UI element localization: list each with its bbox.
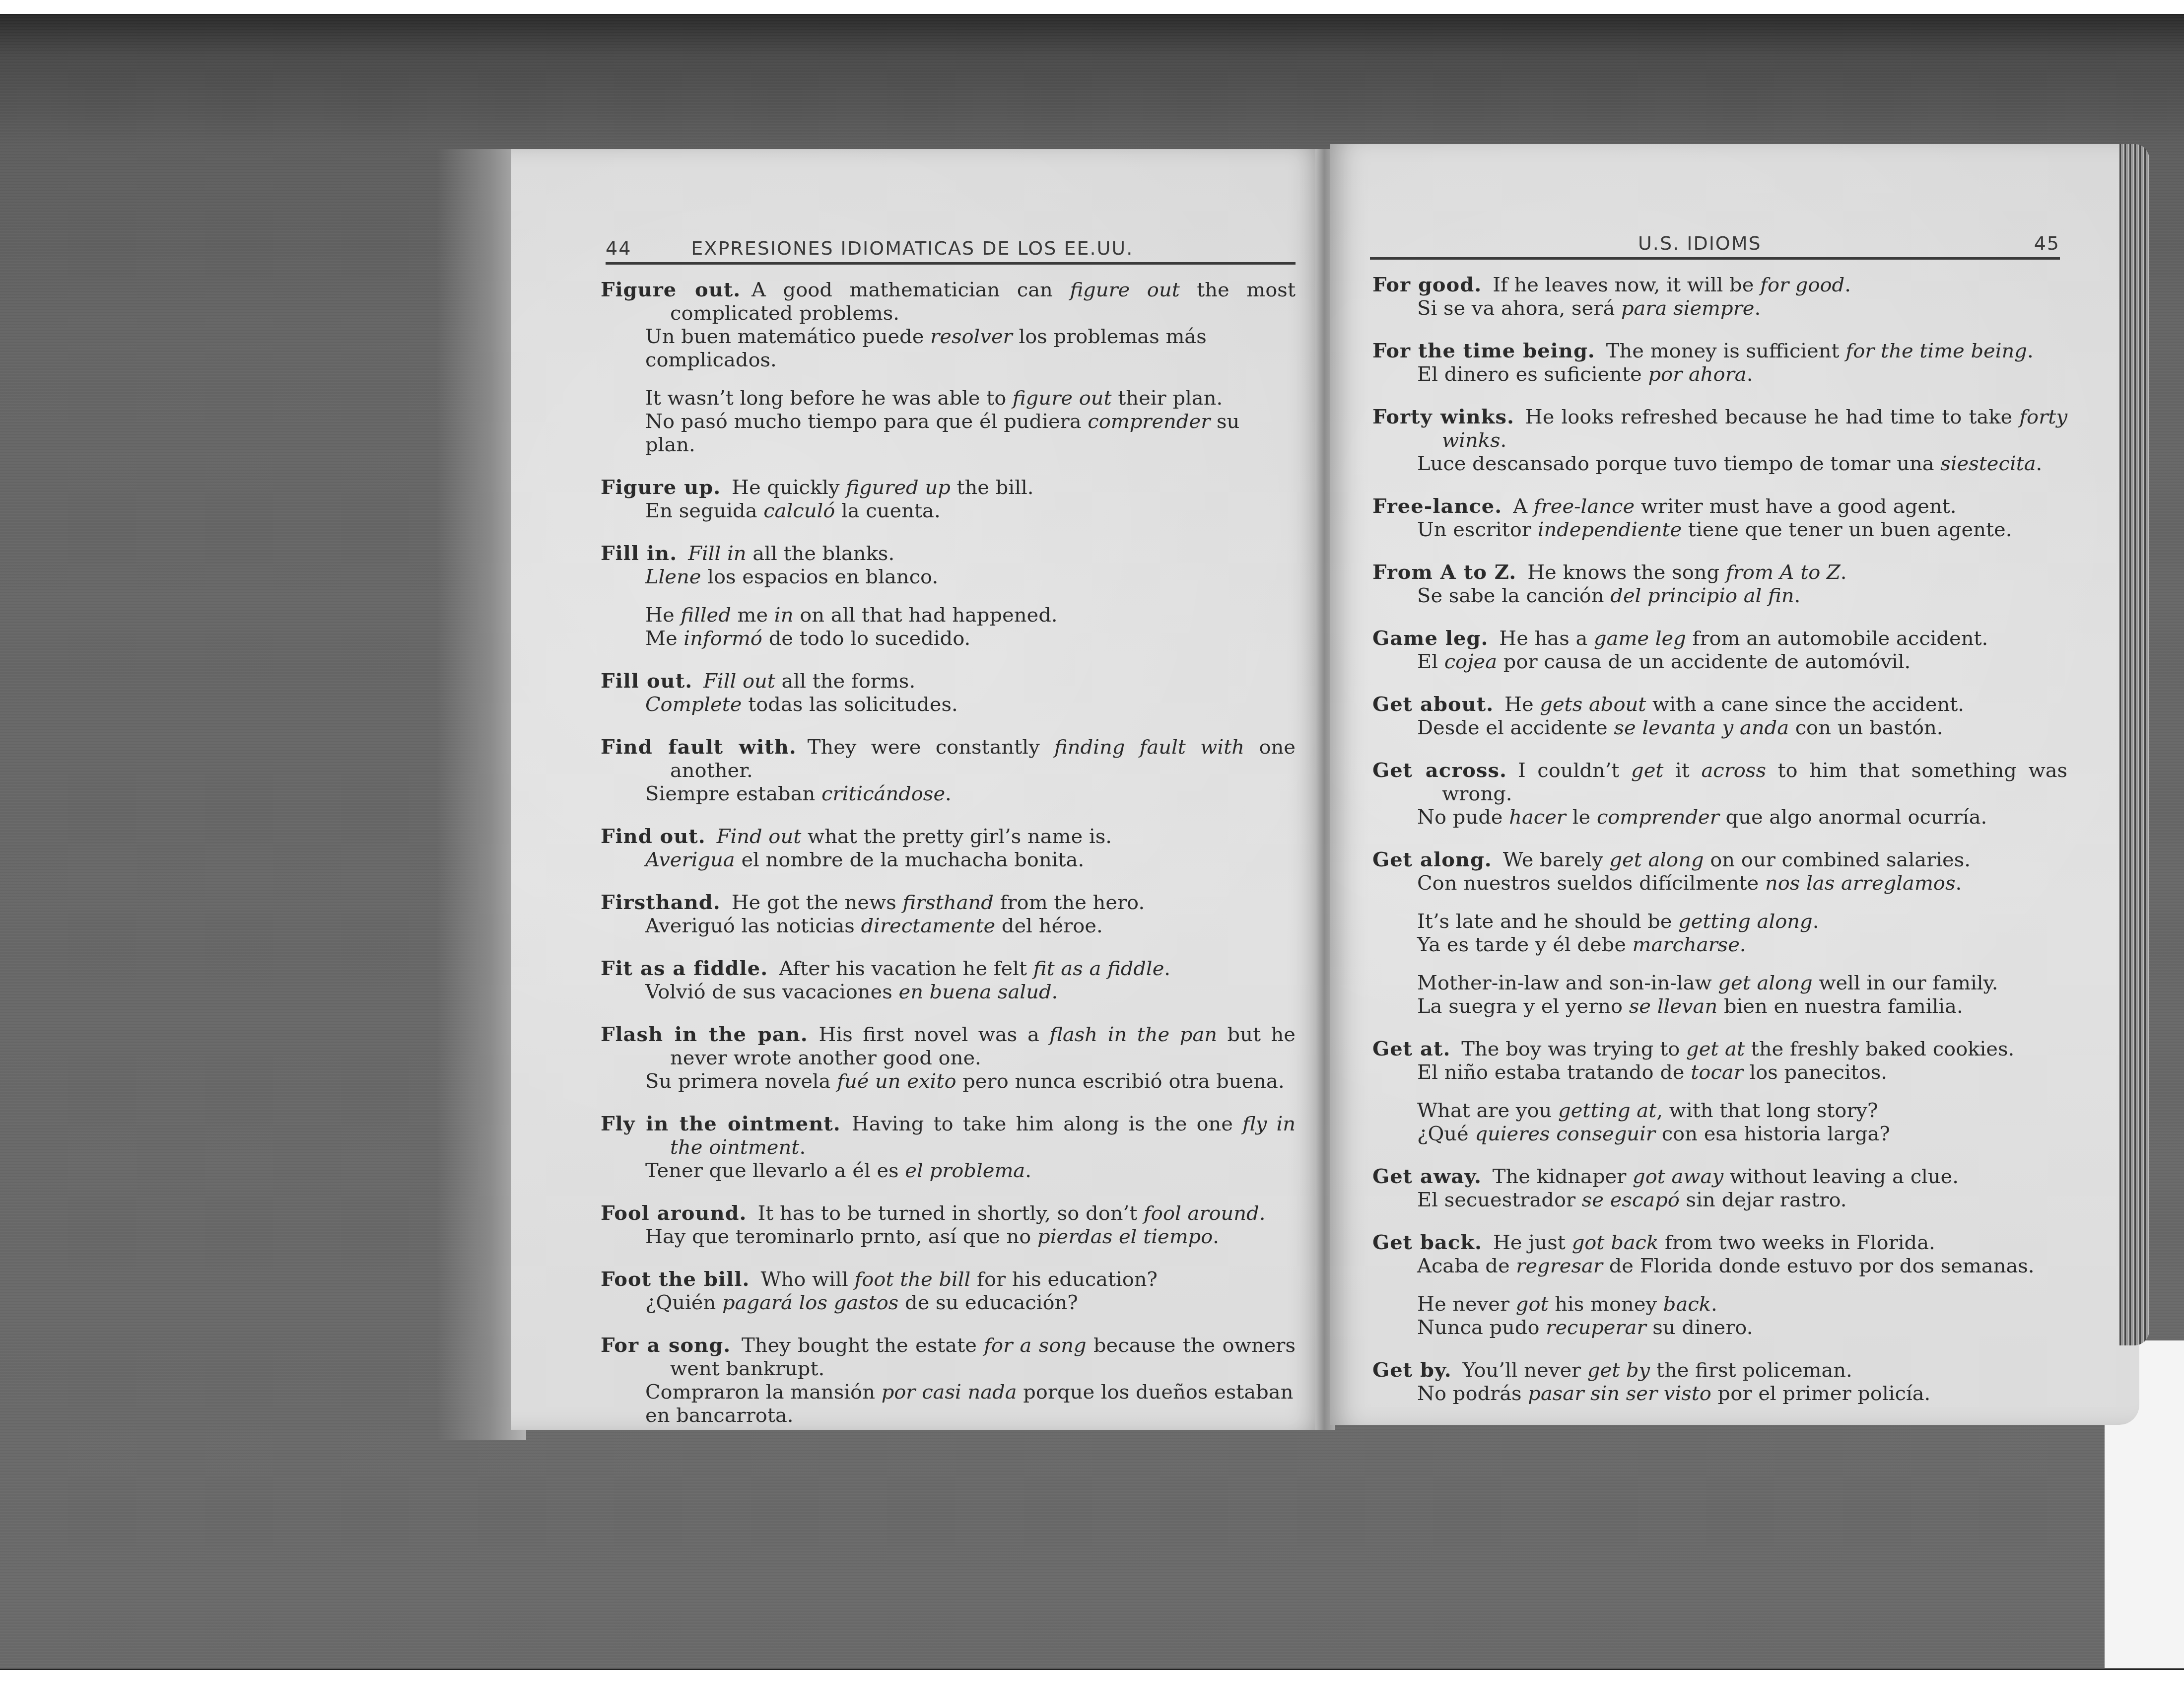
english-example: Mother-in-law and son-in-law get along w…	[1372, 972, 2067, 995]
text-segment: bien en nuestra familia.	[1717, 995, 1963, 1018]
spanish-translation: Un buen matemático puede resolver los pr…	[601, 325, 1296, 372]
text-segment: Volvió de sus vacaciones	[645, 981, 898, 1003]
idiom-emphasis: filled	[681, 604, 731, 627]
text-segment: They were constantly	[808, 736, 1054, 759]
text-segment: the first policeman.	[1650, 1359, 1852, 1382]
idiom-headword: Forty winks.	[1372, 405, 1514, 428]
idiom-emphasis: Complete	[645, 693, 742, 716]
english-example: Get by.You’ll never get by the first pol…	[1372, 1358, 2067, 1382]
idiom-entry: Find out.Find out what the pretty girl’s…	[601, 825, 1296, 872]
idiom-emphasis: firsthand	[903, 891, 994, 914]
text-segment: A good mathematician can	[751, 279, 1070, 301]
text-segment: En seguida	[645, 499, 763, 522]
text-segment: He just	[1493, 1231, 1572, 1254]
idiom-list: Figure out.A good mathematician can figu…	[601, 278, 1296, 1446]
spanish-translation: No pasó mucho tiempo para que él pudiera…	[601, 410, 1296, 457]
text-segment: La suegra y el yerno	[1417, 995, 1629, 1018]
text-segment: ¿Quién	[645, 1291, 722, 1314]
text-segment: por causa de un accidente de automóvil.	[1497, 650, 1911, 673]
idiom-emphasis: across	[1701, 759, 1766, 782]
idiom-entry: Get by.You’ll never get by the first pol…	[1372, 1358, 2067, 1406]
text-segment: What are you	[1417, 1099, 1558, 1122]
idiom-headword: For good.	[1372, 273, 1482, 296]
spanish-translation: Desde el accidente se levanta y anda con…	[1372, 716, 2067, 740]
idiom-emphasis: se llevan	[1629, 995, 1717, 1018]
text-segment: los panecitos.	[1743, 1061, 1887, 1084]
text-segment: Nunca pudo	[1417, 1316, 1546, 1339]
idiom-emphasis: get along	[1718, 972, 1812, 994]
idiom-emphasis: se levanta y anda	[1614, 716, 1789, 739]
text-segment: They bought the estate	[742, 1334, 984, 1357]
text-segment: it	[1663, 759, 1701, 782]
text-segment: , with that long story?	[1656, 1099, 1878, 1122]
text-segment: the bill.	[951, 476, 1034, 499]
english-example: Figure out.A good mathematician can figu…	[601, 278, 1296, 325]
text-segment: .	[945, 782, 952, 805]
idiom-emphasis: figure out	[1013, 387, 1111, 410]
text-segment: .	[1841, 561, 1847, 584]
text-segment: Siempre estaban	[645, 782, 821, 805]
idiom-entry: Firsthand.He got the news firsthand from…	[601, 891, 1296, 938]
idiom-headword: Figure up.	[601, 476, 721, 499]
idiom-emphasis: calculó	[763, 499, 835, 522]
english-example: For a song.They bought the estate for a …	[601, 1334, 1296, 1381]
text-segment: .	[1025, 1159, 1031, 1182]
idiom-headword: Free-lance.	[1372, 494, 1502, 518]
text-segment: pero nunca escribió otra buena.	[956, 1070, 1285, 1093]
text-segment: After his vacation he felt	[779, 957, 1033, 980]
idiom-headword: Fly in the ointment.	[601, 1112, 841, 1135]
idiom-emphasis: quieres conseguir	[1475, 1123, 1655, 1145]
text-segment: his money	[1549, 1293, 1663, 1316]
english-example: Get away.The kidnaper got away without l…	[1372, 1165, 2067, 1189]
idiom-headword: Find out.	[601, 825, 706, 848]
text-segment: .	[1747, 363, 1753, 386]
idiom-emphasis: hacer	[1509, 806, 1566, 829]
idiom-headword: Figure out.	[601, 278, 741, 301]
text-segment: .	[799, 1136, 806, 1159]
spanish-translation: ¿Quién pagará los gastos de su educación…	[601, 1291, 1296, 1315]
text-segment: Mother-in-law and son-in-law	[1417, 972, 1718, 994]
text-segment: el nombre de la muchacha bonita.	[735, 848, 1084, 871]
text-segment: de su educación?	[898, 1291, 1078, 1314]
text-segment: No pasó mucho tiempo para que él pudiera	[645, 410, 1088, 433]
spanish-translation: Acaba de regresar de Florida donde estuv…	[1372, 1255, 2067, 1278]
spanish-translation: En seguida calculó la cuenta.	[601, 499, 1296, 523]
spanish-translation: Volvió de sus vacaciones en buena salud.	[601, 981, 1296, 1004]
idiom-emphasis: recuperar	[1546, 1316, 1646, 1339]
english-example: Firsthand.He got the news firsthand from…	[601, 891, 1296, 914]
english-example: He never got his money back.	[1372, 1293, 2067, 1316]
idiom-entry: Get about.He gets about with a cane sinc…	[1372, 693, 2067, 740]
text-segment: El secuestrador	[1417, 1189, 1582, 1211]
idiom-emphasis: informó	[683, 627, 762, 650]
idiom-emphasis: independiente	[1538, 518, 1682, 541]
text-segment: The money is sufficient	[1606, 340, 1846, 362]
text-segment: .	[1501, 429, 1507, 452]
idiom-headword: Firsthand.	[601, 891, 721, 914]
idiom-entry: Forty winks.He looks refreshed because h…	[1372, 405, 2067, 476]
text-segment: Hay que terominarlo prnto, así que no	[645, 1225, 1037, 1248]
text-segment: writer must have a good agent.	[1635, 495, 1956, 518]
text-segment: from an automobile accident.	[1686, 627, 1988, 650]
text-segment: Tener que llevarlo a él es	[645, 1159, 905, 1182]
spanish-translation: La suegra y el yerno se llevan bien en n…	[1372, 995, 2067, 1018]
text-segment: Compraron la mansión	[645, 1381, 882, 1404]
text-segment: todas las solicitudes.	[742, 693, 957, 716]
idiom-entry: Figure up.He quickly figured up the bill…	[601, 476, 1296, 523]
english-example: Find fault with.They were constantly fin…	[601, 735, 1296, 782]
text-segment: We barely	[1503, 848, 1610, 871]
spanish-translation: ¿Qué quieres conseguir con esa historia …	[1372, 1123, 2067, 1146]
page-number: 45	[2034, 232, 2060, 254]
idiom-emphasis: for good	[1760, 274, 1844, 296]
idiom-headword: Fill out.	[601, 669, 692, 693]
idiom-headword: Get about.	[1372, 693, 1494, 716]
spanish-translation: Un escritor independiente tiene que tene…	[1372, 518, 2067, 542]
spanish-translation: Complete todas las solicitudes.	[601, 693, 1296, 716]
english-example: He filled me in on all that had happened…	[601, 604, 1296, 627]
english-example: Figure up.He quickly figured up the bill…	[601, 476, 1296, 499]
text-segment: sin dejar rastro.	[1680, 1189, 1847, 1211]
text-segment: los espacios en blanco.	[701, 565, 938, 588]
idiom-entry: Fill out.Fill out all the forms.Complete…	[601, 669, 1296, 716]
spanish-translation: Nunca pudo recuperar su dinero.	[1372, 1316, 2067, 1339]
idiom-headword: Game leg.	[1372, 627, 1488, 650]
idiom-emphasis: del principio al fin	[1610, 584, 1794, 607]
text-segment: Un buen matemático puede	[645, 325, 930, 348]
text-segment: de Florida donde estuvo por dos semanas.	[1603, 1255, 2035, 1277]
text-segment: .	[2027, 340, 2034, 362]
idiom-emphasis: Llene	[645, 565, 701, 588]
english-example: Flash in the pan.His first novel was a f…	[601, 1023, 1296, 1070]
english-example: It’s late and he should be getting along…	[1372, 910, 2067, 933]
idiom-emphasis: in	[774, 604, 794, 627]
spanish-translation: El niño estaba tratando de tocar los pan…	[1372, 1061, 2067, 1084]
idiom-emphasis: por ahora	[1648, 363, 1746, 386]
idiom-emphasis: siestecita	[1940, 452, 2036, 475]
idiom-headword: Foot the bill.	[601, 1267, 750, 1291]
idiom-emphasis: en buena salud	[898, 981, 1051, 1003]
idiom-emphasis: for the time being	[1845, 340, 2027, 362]
idiom-emphasis: comprender	[1088, 410, 1210, 433]
idiom-emphasis: fué un exito	[837, 1070, 956, 1093]
idiom-emphasis: foot the bill	[854, 1268, 970, 1291]
idiom-entry: Free-lance.A free-lance writer must have…	[1372, 494, 2067, 542]
idiom-emphasis: gets about	[1540, 693, 1646, 716]
english-example: Fool around.It has to be turned in short…	[601, 1201, 1296, 1225]
idiom-emphasis: fool around	[1144, 1202, 1259, 1225]
english-example: Foot the bill.Who will foot the bill for…	[601, 1267, 1296, 1291]
spanish-translation: Me informó de todo lo sucedido.	[601, 627, 1296, 650]
spanish-translation: El secuestrador se escapó sin dejar rast…	[1372, 1189, 2067, 1212]
text-segment: El dinero es suficiente	[1417, 363, 1648, 386]
idiom-emphasis: tocar	[1691, 1061, 1743, 1084]
text-segment: .	[1813, 910, 1819, 933]
spanish-translation: Su primera novela fué un exito pero nunc…	[601, 1070, 1296, 1093]
running-head-title: EXPRESIONES IDIOMATICAS DE LOS EE.UU.	[691, 237, 1133, 259]
text-segment: with a cane since the accident.	[1646, 693, 1964, 716]
idiom-entry: Fill in.Fill in all the blanks.Llene los…	[601, 542, 1296, 650]
idiom-headword: From A to Z.	[1372, 561, 1516, 584]
english-example: What are you getting at, with that long …	[1372, 1099, 2067, 1123]
text-segment: Luce descansado porque tuvo tiempo de to…	[1417, 452, 1940, 475]
text-segment: Su primera novela	[645, 1070, 837, 1093]
idiom-emphasis: cojea	[1444, 650, 1497, 673]
text-segment: You’ll never	[1463, 1359, 1587, 1382]
english-example: Get back.He just got back from two weeks…	[1372, 1231, 2067, 1255]
text-segment: con esa historia larga?	[1655, 1123, 1890, 1145]
idiom-entry: Fly in the ointment.Having to take him a…	[601, 1112, 1296, 1183]
idiom-entry: Get at.The boy was trying to get at the …	[1372, 1037, 2067, 1146]
spanish-translation: Con nuestros sueldos difícilmente nos la…	[1372, 872, 2067, 895]
english-example: Get across.I couldn’t get it across to h…	[1372, 759, 2067, 806]
spanish-translation: El cojea por causa de un accidente de au…	[1372, 650, 2067, 674]
english-example: It wasn’t long before he was able to fig…	[601, 387, 1296, 410]
english-example: Get along.We barely get along on our com…	[1372, 848, 2067, 872]
text-segment: on all that had happened.	[793, 604, 1057, 627]
text-segment: .	[1259, 1202, 1266, 1225]
text-segment: ¿Qué	[1417, 1123, 1475, 1145]
idiom-entry: Find fault with.They were constantly fin…	[601, 735, 1296, 806]
idiom-emphasis: nos las arreglamos	[1765, 872, 1956, 895]
running-head-title: U.S. IDIOMS	[1638, 232, 1762, 254]
spanish-translation: No pude hacer le comprender que algo ano…	[1372, 806, 2067, 829]
text-segment: He has a	[1499, 627, 1594, 650]
idiom-emphasis: pasar sin ser visto	[1528, 1382, 1711, 1405]
page-number: 44	[606, 237, 631, 259]
idiom-entry: For good.If he leaves now, it will be fo…	[1372, 273, 2067, 320]
idiom-emphasis: get	[1631, 759, 1663, 782]
idiom-emphasis: marcharse	[1633, 933, 1740, 956]
english-example: Get at.The boy was trying to get at the …	[1372, 1037, 2067, 1061]
idiom-emphasis: figured up	[846, 476, 951, 499]
idiom-entry: Figure out.A good mathematician can figu…	[601, 278, 1296, 457]
text-segment: all the forms.	[775, 670, 915, 693]
idiom-headword: Flash in the pan.	[601, 1023, 808, 1046]
text-segment: The kidnaper	[1493, 1165, 1633, 1188]
idiom-emphasis: comprender	[1597, 806, 1719, 829]
spanish-translation: Luce descansado porque tuvo tiempo de to…	[1372, 452, 2067, 476]
spanish-translation: El dinero es suficiente por ahora.	[1372, 363, 2067, 386]
text-segment: It wasn’t long before he was able to	[645, 387, 1013, 410]
text-segment: their plan.	[1112, 387, 1223, 410]
idiom-entry: Get across.I couldn’t get it across to h…	[1372, 759, 2067, 829]
idiom-emphasis: got	[1516, 1293, 1549, 1316]
text-segment: well in our family.	[1812, 972, 1998, 994]
idiom-emphasis: got back	[1572, 1231, 1659, 1254]
idiom-emphasis: fit as a fiddle	[1033, 957, 1164, 980]
text-segment: El	[1417, 650, 1444, 673]
idiom-entry: Get along.We barely get along on our com…	[1372, 848, 2067, 1018]
text-segment: Ya es tarde y él debe	[1417, 933, 1633, 956]
text-segment: Un escritor	[1417, 518, 1538, 541]
idiom-headword: Get away.	[1372, 1165, 1482, 1188]
english-example: Fill in.Fill in all the blanks.	[601, 542, 1296, 565]
text-segment: .	[1052, 981, 1058, 1003]
text-segment: from the hero.	[994, 891, 1145, 914]
idiom-headword: Get across.	[1372, 759, 1507, 782]
spanish-translation: Averigua el nombre de la muchacha bonita…	[601, 848, 1296, 872]
text-segment: Desde el accidente	[1417, 716, 1614, 739]
idiom-entry: Get away.The kidnaper got away without l…	[1372, 1165, 2067, 1212]
english-example: Fly in the ointment.Having to take him a…	[601, 1112, 1296, 1159]
text-segment: Acaba de	[1417, 1255, 1516, 1277]
text-segment: Who will	[760, 1268, 854, 1291]
text-segment: without leaving a clue.	[1723, 1165, 1959, 1188]
text-segment: Having to take him along is the one	[852, 1113, 1242, 1135]
idiom-headword: For a song.	[601, 1334, 731, 1357]
text-segment: No podrás	[1417, 1382, 1528, 1405]
idiom-emphasis: got away	[1633, 1165, 1723, 1188]
text-segment: .	[1794, 584, 1801, 607]
english-example: Fit as a fiddle.After his vacation he fe…	[601, 957, 1296, 981]
english-example: Game leg.He has a game leg from an autom…	[1372, 627, 2067, 650]
idiom-emphasis: get along	[1609, 848, 1704, 871]
text-segment: .	[1740, 933, 1746, 956]
text-segment: It has to be turned in shortly, so don’t	[757, 1202, 1144, 1225]
english-example: Free-lance.A free-lance writer must have…	[1372, 494, 2067, 518]
text-segment: su dinero.	[1646, 1316, 1753, 1339]
text-segment: El niño estaba tratando de	[1417, 1061, 1691, 1084]
english-example: For the time being.The money is sufficie…	[1372, 339, 2067, 363]
text-segment: .	[1213, 1225, 1219, 1248]
text-segment: la cuenta.	[835, 499, 940, 522]
idiom-emphasis: finding fault with	[1054, 736, 1244, 759]
spanish-translation: Llene los espacios en blanco.	[601, 565, 1296, 589]
page-edges	[2119, 144, 2149, 1345]
idiom-emphasis: pagará los gastos	[722, 1291, 898, 1314]
text-segment: The boy was trying to	[1461, 1038, 1686, 1060]
idiom-emphasis: game leg	[1594, 627, 1686, 650]
text-segment: .	[1844, 274, 1851, 296]
text-segment: del héroe.	[995, 914, 1103, 937]
idiom-emphasis: pierdas el tiempo	[1037, 1225, 1213, 1248]
text-segment: A	[1513, 495, 1534, 518]
idiom-headword: Get back.	[1372, 1231, 1482, 1254]
idiom-emphasis: resolver	[930, 325, 1013, 348]
spanish-translation: Hay que terominarlo prnto, así que no pi…	[601, 1225, 1296, 1249]
text-segment: He	[645, 604, 681, 627]
idiom-emphasis: para siempre	[1621, 297, 1754, 320]
idiom-headword: Find fault with.	[601, 735, 797, 759]
idiom-entry: Game leg.He has a game leg from an autom…	[1372, 627, 2067, 674]
spanish-translation: Si se va ahora, será para siempre.	[1372, 297, 2067, 320]
english-example: Find out.Find out what the pretty girl’s…	[601, 825, 1296, 848]
idiom-emphasis: getting at	[1558, 1099, 1656, 1122]
text-segment: from two weeks in Florida.	[1658, 1231, 1935, 1254]
text-segment: He knows the song	[1527, 561, 1726, 584]
text-segment: He	[1504, 693, 1540, 716]
idiom-emphasis: regresar	[1516, 1255, 1603, 1277]
idiom-emphasis: se escapó	[1582, 1189, 1680, 1211]
text-segment: por el primer policía.	[1711, 1382, 1930, 1405]
english-example: Forty winks.He looks refreshed because h…	[1372, 405, 2067, 452]
text-segment: the freshly baked cookies.	[1745, 1038, 2014, 1060]
idiom-emphasis: for a song	[984, 1334, 1086, 1357]
idiom-entry: Get back.He just got back from two weeks…	[1372, 1231, 2067, 1339]
idiom-emphasis: free-lance	[1534, 495, 1635, 518]
idiom-headword: Fill in.	[601, 542, 677, 565]
idiom-emphasis: get by	[1587, 1359, 1650, 1382]
text-segment: on our combined salaries.	[1704, 848, 1971, 871]
text-segment: con un bastón.	[1789, 716, 1943, 739]
idiom-emphasis: figure out	[1070, 279, 1179, 301]
text-segment: le	[1566, 806, 1597, 829]
idiom-emphasis: por casi nada	[882, 1381, 1017, 1404]
english-example: From A to Z.He knows the song from A to …	[1372, 561, 2067, 584]
idiom-emphasis: get at	[1686, 1038, 1745, 1060]
idiom-entry: From A to Z.He knows the song from A to …	[1372, 561, 2067, 608]
idiom-headword: Get by.	[1372, 1358, 1452, 1382]
idiom-entry: Foot the bill.Who will foot the bill for…	[601, 1267, 1296, 1315]
idiom-headword: Get along.	[1372, 848, 1492, 871]
spanish-translation: Compraron la mansión por casi nada porqu…	[601, 1381, 1296, 1427]
idiom-emphasis: Fill out	[703, 670, 775, 693]
text-segment: me	[731, 604, 774, 627]
text-segment: If he leaves now, it will be	[1493, 274, 1760, 296]
idiom-emphasis: Fill in	[688, 542, 746, 565]
idiom-emphasis: back	[1663, 1293, 1711, 1316]
idiom-entry: Flash in the pan.His first novel was a f…	[601, 1023, 1296, 1093]
idiom-emphasis: Find out	[717, 825, 802, 848]
english-example: Fill out.Fill out all the forms.	[601, 669, 1296, 693]
text-segment: Me	[645, 627, 683, 650]
text-segment: I couldn’t	[1518, 759, 1631, 782]
english-example: For good.If he leaves now, it will be fo…	[1372, 273, 2067, 297]
text-segment: Con nuestros sueldos difícilmente	[1417, 872, 1765, 895]
spanish-translation: Tener que llevarlo a él es el problema.	[601, 1159, 1296, 1183]
text-segment: .	[1955, 872, 1962, 895]
idiom-entry: For a song.They bought the estate for a …	[601, 1334, 1296, 1427]
text-segment: .	[1164, 957, 1170, 980]
idiom-emphasis: flash in the pan	[1049, 1023, 1217, 1046]
text-segment: tiene que tener un buen agente.	[1682, 518, 2012, 541]
spanish-translation: Ya es tarde y él debe marcharse.	[1372, 933, 2067, 957]
spanish-translation: Averiguó las noticias directamente del h…	[601, 914, 1296, 938]
idiom-emphasis: Averigua	[645, 848, 735, 871]
idiom-headword: Get at.	[1372, 1037, 1450, 1060]
idiom-entry: Fool around.It has to be turned in short…	[601, 1201, 1296, 1249]
idiom-entry: Fit as a fiddle.After his vacation he fe…	[601, 957, 1296, 1004]
text-segment: No pude	[1417, 806, 1509, 829]
text-segment: He got the news	[732, 891, 903, 914]
idiom-emphasis: getting along	[1678, 910, 1812, 933]
text-segment: It’s late and he should be	[1417, 910, 1678, 933]
text-segment: He quickly	[732, 476, 846, 499]
text-segment: Se sabe la canción	[1417, 584, 1610, 607]
text-segment: que algo anormal ocurría.	[1719, 806, 1987, 829]
idiom-headword: For the time being.	[1372, 339, 1595, 362]
idiom-entry: For the time being.The money is sufficie…	[1372, 339, 2067, 386]
english-example: Get about.He gets about with a cane sinc…	[1372, 693, 2067, 716]
left-running-head: 44 EXPRESIONES IDIOMATICAS DE LOS EE.UU.	[606, 223, 1296, 265]
idiom-headword: Fit as a fiddle.	[601, 957, 768, 980]
text-segment: de todo lo sucedido.	[762, 627, 970, 650]
text-segment: He never	[1417, 1293, 1516, 1316]
text-segment: .	[1754, 297, 1761, 320]
spanish-translation: No podrás pasar sin ser visto por el pri…	[1372, 1382, 2067, 1406]
text-segment: for his education?	[970, 1268, 1158, 1291]
idiom-emphasis: criticándose	[821, 782, 945, 805]
idiom-headword: Fool around.	[601, 1201, 747, 1225]
spanish-translation: Se sabe la canción del principio al fin.	[1372, 584, 2067, 608]
spanish-translation: Siempre estaban criticándose.	[601, 782, 1296, 806]
idiom-emphasis: el problema	[905, 1159, 1025, 1182]
left-page: 44 EXPRESIONES IDIOMATICAS DE LOS EE.UU.…	[511, 149, 1325, 1430]
text-segment: His first novel was a	[819, 1023, 1050, 1046]
text-segment: .	[2036, 452, 2043, 475]
